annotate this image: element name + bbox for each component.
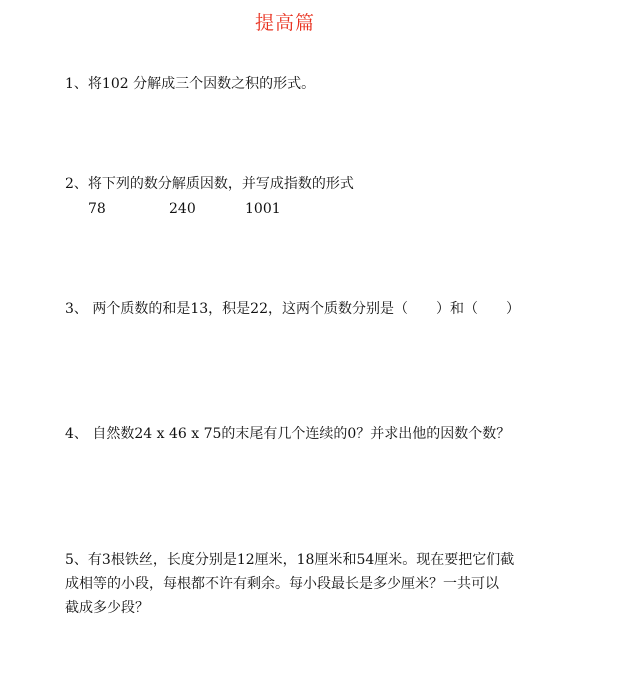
question-5-line-3: 截成多少段？ bbox=[65, 596, 555, 620]
number-240: 240 bbox=[169, 198, 196, 220]
question-3: 3、 两个质数的和是13，积是22，这两个质数分别是（ ）和（ ） bbox=[65, 297, 520, 321]
page-title: 提高篇 bbox=[0, 8, 570, 35]
question-5: 5、有3根铁丝，长度分别是12厘米，18厘米和54厘米。现在要把它们截 成相等的… bbox=[65, 548, 555, 620]
number-1001: 1001 bbox=[245, 198, 281, 220]
question-5-line-2: 成相等的小段，每根都不许有剩余。每小段最长是多少厘米？一共可以 bbox=[65, 572, 555, 596]
question-1: 1、将102 分解成三个因数之积的形式。 bbox=[65, 72, 315, 96]
number-78: 78 bbox=[88, 198, 106, 220]
question-2: 2、将下列的数分解质因数，并写成指数的形式 bbox=[65, 172, 354, 196]
question-5-line-1: 5、有3根铁丝，长度分别是12厘米，18厘米和54厘米。现在要把它们截 bbox=[65, 548, 555, 572]
question-4: 4、 自然数24 x 46 x 75的末尾有几个连续的0？并求出他的因数个数？ bbox=[65, 422, 510, 446]
